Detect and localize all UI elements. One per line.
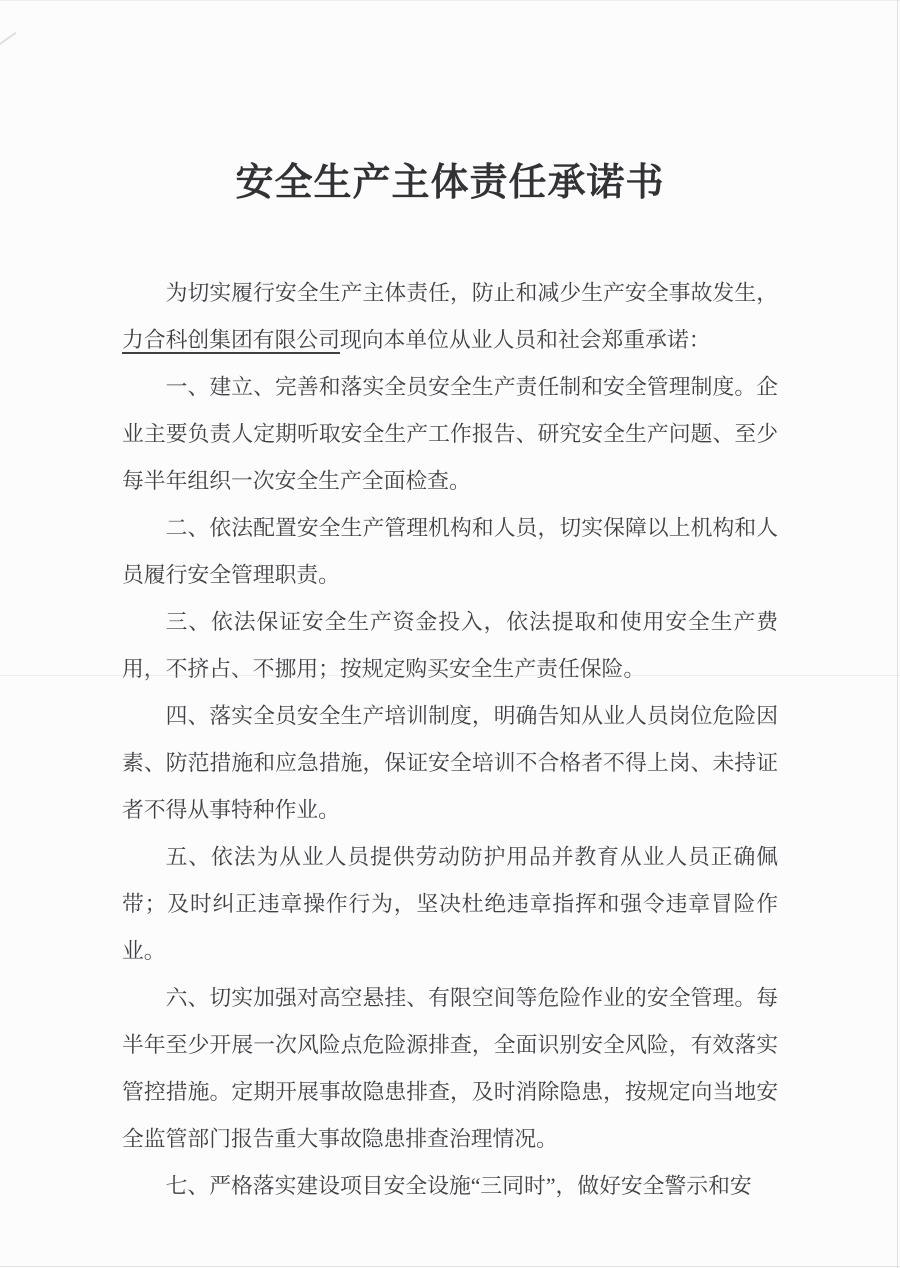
scan-edge-bottom-line bbox=[0, 1266, 900, 1267]
clause-paragraph-5: 五、依法为从业人员提供劳动防护用品并教育从业人员正确佩带；及时纠正违章操作行为，… bbox=[122, 834, 778, 975]
scanned-document-page: 安全生产主体责任承诺书 为切实履行安全生产主体责任，防止和减少生产安全事故发生，… bbox=[0, 0, 900, 1268]
scan-crease-line bbox=[0, 675, 900, 676]
clause-paragraph-4: 四、落实全员安全生产培训制度，明确告知从业人员岗位危险因素、防范措施和应急措施，… bbox=[122, 693, 778, 834]
clause-paragraph-6: 六、切实加强对高空悬挂、有限空间等危险作业的安全管理。每半年至少开展一次风险点危… bbox=[122, 975, 778, 1163]
clause-paragraph-3: 三、依法保证安全生产资金投入，依法提取和使用安全生产费用，不挤占、不挪用；按规定… bbox=[122, 599, 778, 693]
intro-text-before-company: 为切实履行安全生产主体责任，防止和减少生产安全事故发生， bbox=[166, 281, 778, 305]
intro-paragraph: 为切实履行安全生产主体责任，防止和减少生产安全事故发生，力合科创集团有限公司现向… bbox=[122, 270, 778, 364]
clause-paragraph-7: 七、严格落实建设项目安全设施“三同时”，做好安全警示和安 bbox=[122, 1163, 778, 1210]
company-name-underlined: 力合科创集团有限公司 bbox=[122, 328, 340, 352]
clause-paragraph-1: 一、建立、完善和落实全员安全生产责任制和安全管理制度。企业主要负责人定期听取安全… bbox=[122, 364, 778, 505]
scan-edge-right-line bbox=[897, 0, 898, 1268]
document-title: 安全生产主体责任承诺书 bbox=[0, 0, 900, 203]
scan-edge-top-line bbox=[0, 0, 900, 1]
intro-text-after-company: 现向本单位从业人员和社会郑重承诺： bbox=[340, 328, 711, 352]
document-body: 为切实履行安全生产主体责任，防止和减少生产安全事故发生，力合科创集团有限公司现向… bbox=[0, 270, 900, 1210]
clause-paragraph-2: 二、依法配置安全生产管理机构和人员，切实保障以上机构和人员履行安全管理职责。 bbox=[122, 505, 778, 599]
